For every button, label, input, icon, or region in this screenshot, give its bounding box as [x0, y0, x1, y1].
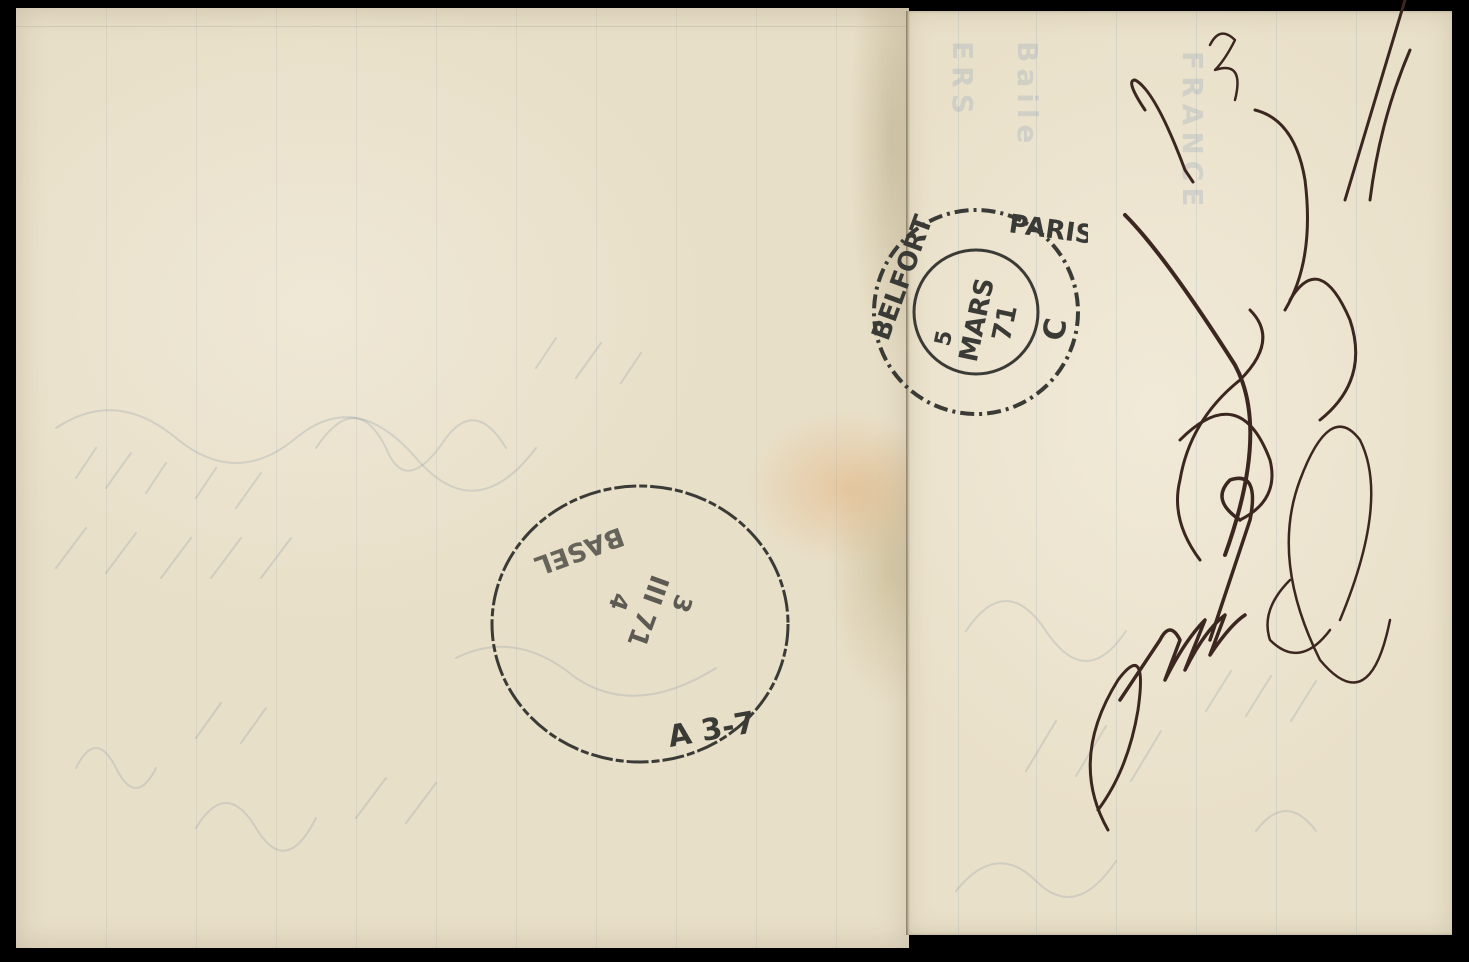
- handwriting-line-1: Birmancourt l. 3.: [0, 0, 1, 1]
- postmark-year: 71: [987, 302, 1024, 344]
- postmark-ring-text: BASEL: [530, 520, 628, 580]
- fold-edge-shadow: [906, 11, 909, 935]
- postmark-bottom-text: BELFORT: [866, 211, 939, 344]
- letter-back-panel: [16, 8, 909, 948]
- postmark-basel: BASEL 3 III 71 4 A 3-7: [490, 482, 800, 767]
- postmark-bottom-code: A 3-7: [665, 705, 758, 755]
- handwritten-annotation: [1040, 0, 1469, 850]
- postal-cover-photo: ERS Baile FRANCE PARIS BELFORT 5 MARS 71…: [0, 0, 1469, 962]
- postmark-day: 5: [931, 328, 959, 348]
- postmark-center-3: 4: [603, 589, 635, 614]
- bleed-through-script: [16, 8, 909, 948]
- postmark-center-1: 3: [666, 591, 698, 616]
- handwriting-line-2: Et Cuzot filé: [0, 0, 1, 1]
